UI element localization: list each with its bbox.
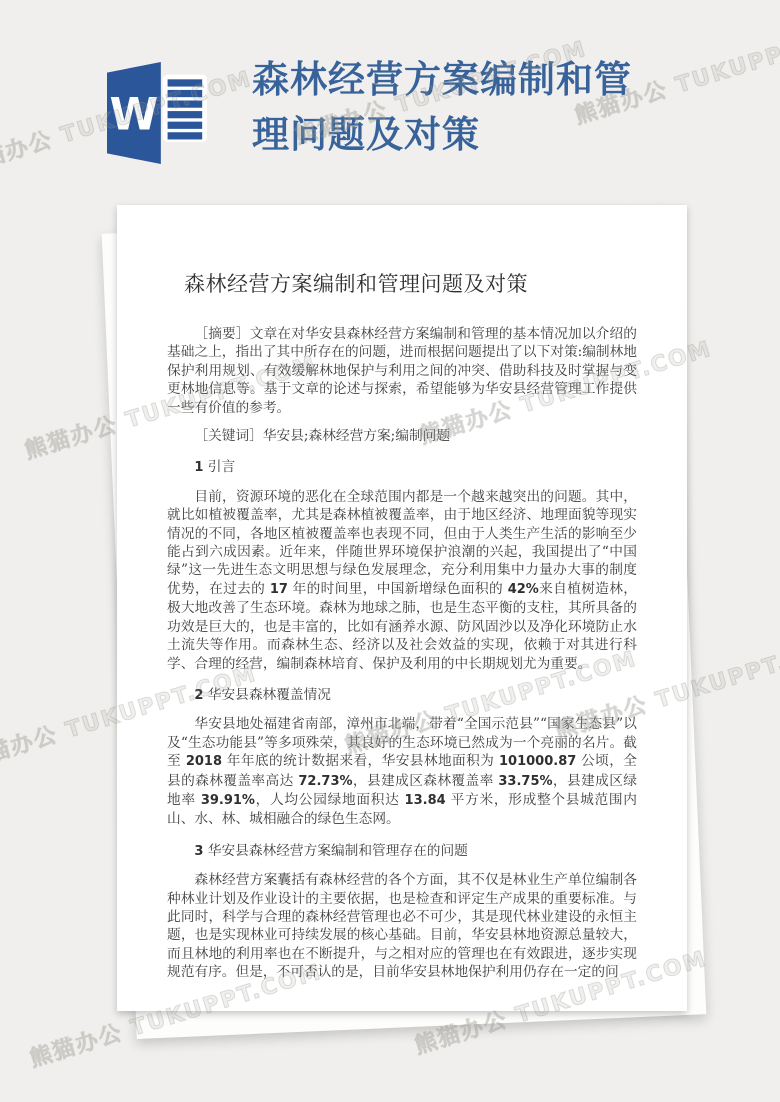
bold-number: 33.75% — [498, 774, 552, 789]
document-title: 森林经营方案编制和管理问题及对策 — [184, 268, 637, 298]
bold-number: 13.84 — [405, 793, 446, 808]
paragraph: 华安县地处福建省南部，漳州市北端，带着“全国示范县”“国家生态县”以及“生态功能… — [167, 715, 637, 828]
page-title: 森林经营方案编制和管理问题及对策 — [252, 52, 664, 162]
abstract-paragraph: ［摘要］文章在对华安县森林经营方案编制和管理的基本情况加以介绍的基础之上，指出了… — [167, 325, 637, 417]
word-icon-doc-lines — [163, 75, 207, 142]
section-heading: 3 华安县森林经营方案编制和管理存在的问题 — [167, 842, 637, 861]
bold-number: 2018 — [186, 754, 222, 769]
keywords-label: ［关键词］ — [194, 428, 262, 444]
bold-number: 17 — [270, 582, 288, 597]
section-number: 3 — [194, 844, 203, 859]
document-sections: 1 引言目前，资源环境的恶化在全球范围内都是一个越来越突出的问题。其中，就比如植… — [167, 458, 637, 981]
word-icon: W — [107, 62, 207, 164]
document-page: 森林经营方案编制和管理问题及对策 ［摘要］文章在对华安县森林经营方案编制和管理的… — [117, 205, 687, 1011]
document-preview-screen: W 森林经营方案编制和管理问题及对策 森林经营方案编制和管理问题及对策 ［摘要］… — [0, 0, 780, 1102]
section-number: 2 — [194, 688, 203, 703]
abstract-label: ［摘要］ — [194, 326, 249, 342]
bold-number: 39.91% — [201, 793, 255, 808]
word-icon-graphic: W — [107, 62, 207, 164]
paragraph: 森林经营方案囊括有森林经营的各个方面，其不仅是林业生产单位编制各种林业计划及作业… — [167, 871, 637, 981]
bold-number: 101000.87 — [499, 754, 576, 769]
bold-number: 42% — [508, 582, 539, 597]
keywords-text: 华安县;森林经营方案;编制问题 — [263, 428, 450, 444]
section-number: 1 — [194, 460, 203, 475]
paragraph: 目前，资源环境的恶化在全球范围内都是一个越来越突出的问题。其中，就比如植被覆盖率… — [167, 488, 637, 673]
keywords-line: ［关键词］华安县;森林经营方案;编制问题 — [167, 427, 637, 445]
section-heading: 2 华安县森林覆盖情况 — [167, 686, 637, 705]
section-heading: 1 引言 — [167, 458, 637, 477]
word-icon-letter: W — [110, 89, 159, 140]
bold-number: 72.73% — [298, 774, 352, 789]
